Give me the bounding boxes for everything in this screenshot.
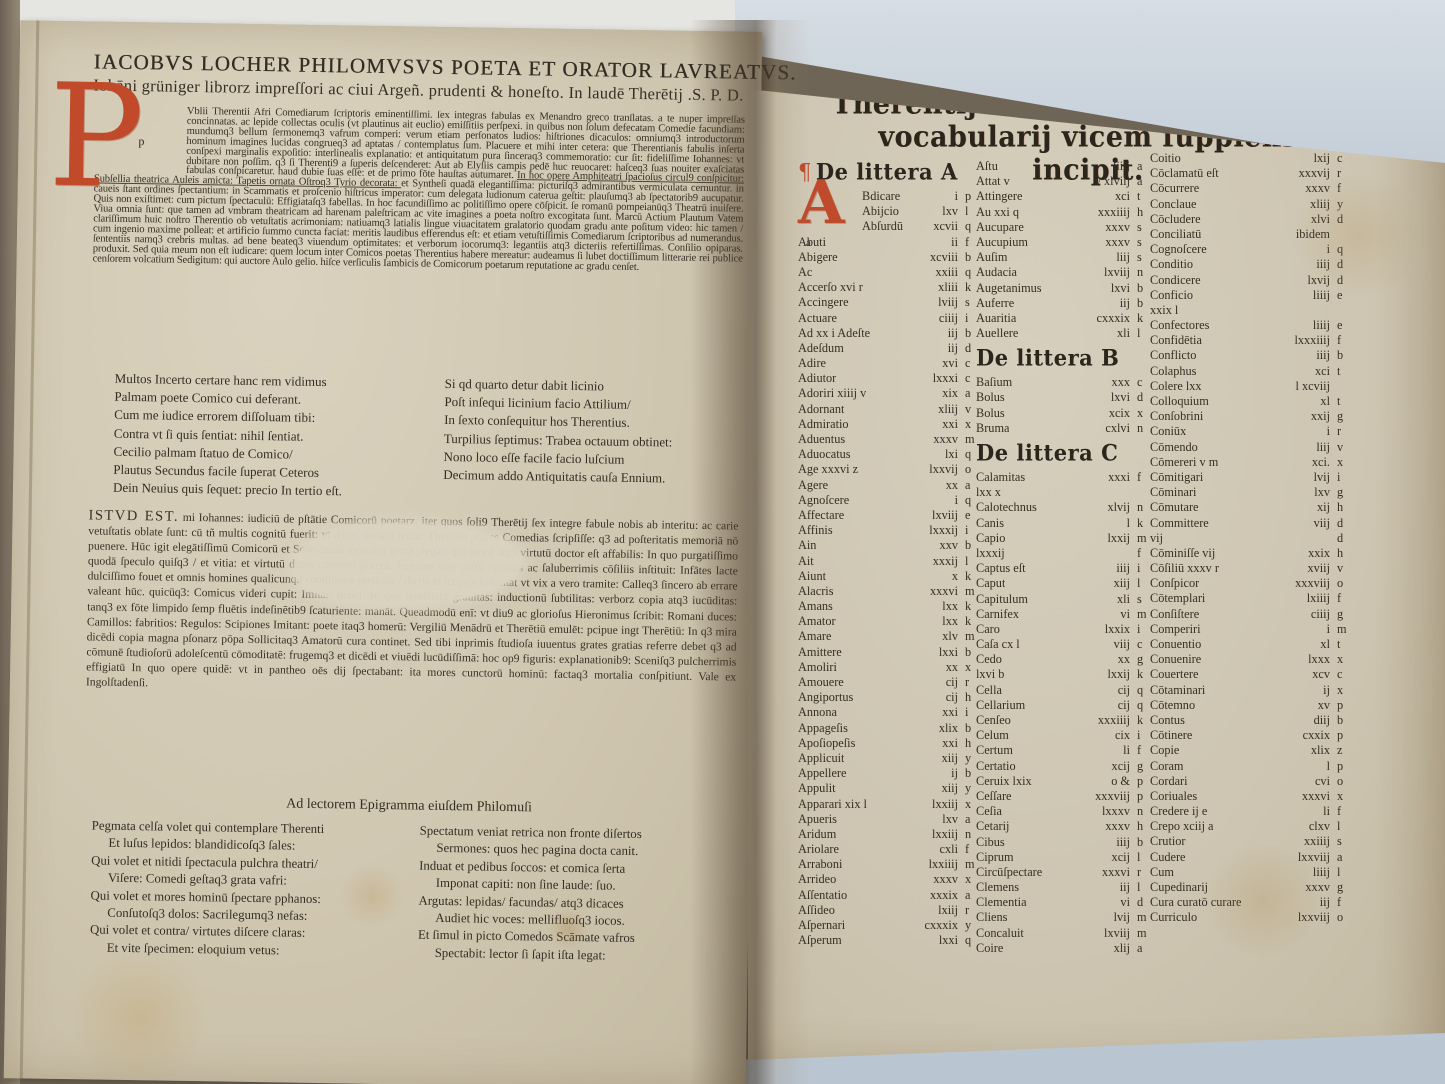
index-entry: Baſiumxxxc — [976, 375, 1148, 390]
entry-word: Cibus — [976, 835, 1005, 850]
letter-section-header: De littera B — [976, 344, 1148, 372]
entry-letter: k — [1137, 516, 1148, 531]
entry-folio: lxxvij — [929, 462, 965, 477]
index-column-a: ¶De littera A A a BdicareipAbijciolxvlAb… — [798, 155, 976, 948]
entry-letter: b — [965, 721, 976, 736]
entry-letter: a — [965, 386, 976, 401]
entry-folio: i — [1327, 622, 1337, 637]
entry-word: Cōmendo — [1150, 440, 1198, 455]
guide-letter-p: p — [138, 134, 144, 149]
entry-letter: f — [1337, 895, 1348, 910]
index-entry: Couerterexcvc — [1150, 667, 1348, 682]
index-entry: Aſſentatioxxxixa — [798, 888, 976, 903]
entry-folio: xl — [1320, 637, 1337, 652]
entry-letter: f — [1337, 181, 1348, 196]
entry-folio: xxxviij — [1295, 576, 1337, 591]
index-entry: Accerſo xvi rxliiik — [798, 280, 976, 295]
index-entry: Aduentusxxxvm — [798, 432, 976, 447]
entry-folio: xci — [1115, 189, 1137, 204]
entry-letter: t — [1337, 637, 1348, 652]
entry-folio: l — [1327, 759, 1337, 774]
index-entry: Abſurdūxcviiq — [862, 219, 976, 234]
entry-folio: iij — [948, 326, 965, 341]
entry-folio: vi — [1120, 607, 1137, 622]
entry-word: Crepo xciij a — [1150, 819, 1214, 834]
entry-word: lxvi b — [976, 667, 1004, 682]
entry-folio: lxxi — [939, 933, 965, 948]
index-list-a: A a BdicareipAbijciolxvlAbſurdūxcviiqAbu… — [798, 189, 976, 948]
entry-folio: cxxxix — [925, 918, 965, 933]
entry-folio: xlix — [1311, 743, 1337, 758]
index-entry: Ceruix lxixo &p — [976, 774, 1148, 789]
entry-letter: r — [965, 675, 976, 690]
entry-word: Conuentio — [1150, 637, 1201, 652]
index-entry: Adiutorlxxxic — [798, 371, 976, 386]
entry-word: Au xxi q — [976, 205, 1019, 220]
entry-folio: lxxxi — [933, 371, 965, 386]
entry-letter: g — [1337, 880, 1348, 895]
entry-folio: xxxv — [1305, 181, 1337, 196]
drop-cap-initial-p: P — [48, 87, 145, 188]
entry-word: Coriuales — [1150, 789, 1197, 804]
entry-folio: xxxviij — [1095, 789, 1137, 804]
entry-word: Concaluit — [976, 926, 1024, 941]
entry-word: Copie — [1150, 743, 1179, 758]
entry-letter: n — [1137, 421, 1148, 436]
index-column-c: CoitiolxijcCōclamatū eſtxxxvijrCōcurrere… — [1150, 151, 1348, 926]
index-entry: Cōmutarexijh — [1150, 500, 1348, 515]
entry-folio: lxx — [942, 614, 965, 629]
entry-folio: xxxv — [933, 432, 965, 447]
entry-letter: t — [1337, 364, 1348, 379]
entry-folio: xiij — [1114, 576, 1137, 591]
entry-word: Capio — [976, 531, 1005, 546]
entry-folio: lxviij — [1104, 926, 1137, 941]
entry-letter: c — [1137, 637, 1148, 652]
entry-letter: k — [965, 614, 976, 629]
entry-word: Coniūx — [1150, 424, 1186, 439]
index-entry: Compeririim — [1150, 622, 1348, 637]
index-entry: Appellereijb — [798, 766, 976, 781]
index-entry: Concaluitlxviijm — [976, 926, 1148, 941]
index-entry: Conditioiiijd — [1150, 257, 1348, 272]
index-entry: Aſperumlxxiq — [798, 933, 976, 948]
index-entry: Cōtemplarilxiiijf — [1150, 591, 1348, 606]
index-entry: Captus eſtiiiji — [976, 561, 1148, 576]
index-entry: Adornantxliijv — [798, 402, 976, 417]
entry-letter: x — [965, 417, 976, 432]
entry-letter: o — [965, 462, 976, 477]
entry-letter: k — [1137, 713, 1148, 728]
entry-folio: iiij — [1116, 835, 1137, 850]
entry-word: Bdicare — [862, 189, 900, 204]
entry-letter: g — [1337, 409, 1348, 424]
index-entry: Certatioxcijg — [976, 759, 1148, 774]
entry-folio: xliii — [938, 280, 965, 295]
entry-word: Cudere — [1150, 850, 1186, 865]
entry-folio: v xlviij — [1095, 174, 1137, 189]
entry-letter: i — [965, 311, 976, 326]
entry-folio: cij — [1118, 683, 1137, 698]
index-entry: Condicerelxvijd — [1150, 273, 1348, 288]
entry-word: Cognoſcere — [1150, 242, 1207, 257]
index-entry: Caſa cx lviijc — [976, 637, 1148, 652]
entry-word: Cōminiſſe vij — [1150, 546, 1215, 561]
index-entry: Cognoſcereiq — [1150, 242, 1348, 257]
entry-folio: iiij — [1316, 348, 1337, 363]
entry-letter: o — [1337, 576, 1348, 591]
entry-folio: cij — [946, 675, 965, 690]
entry-folio: xij — [1317, 500, 1337, 515]
verse-column-left: Multos Incerto certare hanc rem vidimusP… — [113, 370, 445, 509]
index-entry: Celumcixi — [976, 728, 1148, 743]
entry-folio: lxxxiiij — [1294, 333, 1337, 348]
entry-folio: lxv — [942, 204, 965, 219]
entry-word: Cōcurrere — [1150, 181, 1199, 196]
index-entry: Admiratioxxix — [798, 417, 976, 432]
entry-letter: k — [1137, 667, 1148, 682]
entry-folio: liiij — [1313, 865, 1337, 880]
entry-letter: b — [965, 326, 976, 341]
entry-folio: lxxiij — [932, 827, 965, 842]
entry-word: Caro — [976, 622, 1000, 637]
entry-letter: x — [965, 660, 976, 675]
entry-word: Ceſia — [976, 804, 1002, 819]
entry-folio: ii — [951, 235, 965, 250]
entry-folio: lxxx — [1308, 652, 1337, 667]
index-entry: lxx x — [976, 485, 1148, 500]
index-entry: Cibusiiijb — [976, 835, 1148, 850]
index-entry: Copiexlixz — [1150, 743, 1348, 758]
entry-letter: k — [965, 569, 976, 584]
entry-folio: iij — [948, 341, 965, 356]
entry-word: Cōtemno — [1150, 698, 1195, 713]
index-entry: Conſobrinixxijg — [1150, 409, 1348, 424]
index-entry: Committereviijd — [1150, 516, 1348, 531]
entry-word: Caput — [976, 576, 1005, 591]
entry-folio: xxv — [940, 538, 965, 553]
entry-word: Confectores — [1150, 318, 1209, 333]
entry-letter: p — [1337, 759, 1348, 774]
entry-word: Colaphus — [1150, 364, 1196, 379]
entry-letter: b — [1337, 713, 1348, 728]
index-entry: Calamitasxxxif — [976, 470, 1148, 485]
entry-folio: l — [1127, 516, 1137, 531]
entry-folio: xxxv — [1105, 220, 1137, 235]
entry-letter: m — [965, 857, 976, 872]
entry-folio: liiij — [1313, 318, 1337, 333]
index-entry: Abijciolxvl — [862, 204, 976, 219]
entry-word: Ceruix lxix — [976, 774, 1032, 789]
gutter-shadow — [690, 20, 810, 1084]
entry-word: Capitulum — [976, 592, 1028, 607]
index-entry: Auſimliijs — [976, 250, 1148, 265]
entry-letter: t — [1137, 189, 1148, 204]
entry-folio: viij — [1114, 637, 1137, 652]
entry-letter: a — [1137, 159, 1148, 174]
entry-letter: r — [1337, 424, 1348, 439]
index-entry: Carolxxixi — [976, 622, 1148, 637]
entry-letter: q — [1337, 242, 1348, 257]
index-entry: Caputxiijl — [976, 576, 1148, 591]
entry-word: Cetarij — [976, 819, 1009, 834]
entry-folio: lxviij — [932, 508, 965, 523]
entry-letter: m — [965, 432, 976, 447]
entry-letter: p — [1337, 698, 1348, 713]
entry-folio: viij — [1314, 516, 1337, 531]
index-entry: Coitiolxijc — [1150, 151, 1348, 166]
entry-folio: i — [1327, 424, 1337, 439]
entry-letter: v — [965, 402, 976, 417]
index-entry: Alacrisxxxvim — [798, 584, 976, 599]
index-entry: Audacialxviijn — [976, 265, 1148, 280]
index-entry: Canislk — [976, 516, 1148, 531]
entry-folio: xlv — [942, 629, 965, 644]
entry-letter: q — [1137, 698, 1148, 713]
index-entry: Augetanimuslxvib — [976, 281, 1148, 296]
entry-folio: lxv — [942, 812, 965, 827]
entry-word: Aucupare — [976, 220, 1024, 235]
entry-letter: x — [1337, 652, 1348, 667]
index-entry: Attingerexcit — [976, 189, 1148, 204]
entry-folio: lxv — [1314, 485, 1337, 500]
entry-folio: ibidem — [1296, 227, 1337, 242]
entry-folio: xxij — [1311, 409, 1337, 424]
index-entry: Conuentioxlt — [1150, 637, 1348, 652]
entry-folio: lxxij — [1107, 531, 1137, 546]
entry-letter: r — [965, 903, 976, 918]
index-entry: Cetarijxxxvh — [976, 819, 1148, 834]
entry-folio: clxv — [1309, 819, 1337, 834]
entry-letter: s — [1337, 834, 1348, 849]
index-entry: Cōminarilxvg — [1150, 485, 1348, 500]
entry-word: Colloquium — [1150, 394, 1209, 409]
index-entry: Cellacijq — [976, 683, 1148, 698]
index-entry: Apoſiopeſisxxih — [798, 736, 976, 751]
index-entry: Colaphusxcit — [1150, 364, 1348, 379]
right-page: Therentij Directorium Vocabuloz vocabula… — [748, 55, 1445, 1060]
index-entry: Aucupiumxxxvs — [976, 235, 1148, 250]
entry-letter: h — [1137, 819, 1148, 834]
epigram-column-left: Pegmata celſa volet qui contemplare Ther… — [90, 817, 420, 961]
entry-folio: xliij — [938, 402, 965, 417]
index-entry: Colere lxxl xcviij — [1150, 379, 1348, 394]
left-page: IACOBVS LOCHER PHILOMVSVS POETA ET ORATO… — [4, 20, 763, 1084]
index-entry: Certumlif — [976, 743, 1148, 758]
entry-word: Credere ij e — [1150, 804, 1207, 819]
entry-word: Aſtu — [976, 159, 998, 174]
entry-letter: o — [1337, 774, 1348, 789]
entry-folio: liij — [1116, 250, 1137, 265]
entry-folio: xix — [942, 386, 965, 401]
index-entry: Arrabonilxxiiijm — [798, 857, 976, 872]
entry-letter: n — [1137, 804, 1148, 819]
entry-word: Attingere — [976, 189, 1022, 204]
entry-letter: i — [1137, 728, 1148, 743]
entry-word: Cōminari — [1150, 485, 1196, 500]
entry-letter: r — [1137, 865, 1148, 880]
index-entry: Abigerexcviiib — [798, 250, 976, 265]
entry-letter: d — [1137, 390, 1148, 405]
entry-word: Cella — [976, 683, 1002, 698]
entry-folio: cvi — [1315, 774, 1337, 789]
entry-folio: xl — [1320, 394, 1337, 409]
entry-folio: xxxvi — [1302, 789, 1337, 804]
entry-letter: d — [1337, 212, 1348, 227]
index-entry: Confidētialxxxiiijf — [1150, 333, 1348, 348]
entry-folio: iij — [1120, 296, 1137, 311]
index-entry: Aiuntxk — [798, 569, 976, 584]
index-entry: Abutiiif — [798, 235, 976, 250]
entry-letter: e — [1337, 288, 1348, 303]
entry-folio: xcix — [1109, 406, 1137, 421]
entry-letter: q — [965, 493, 976, 508]
entry-letter: c — [1337, 151, 1348, 166]
entry-letter: l — [1337, 865, 1348, 880]
entry-folio: liiij — [1113, 159, 1137, 174]
index-entry: Cōmereri v mxci.x — [1150, 455, 1348, 470]
entry-folio: xx — [946, 478, 965, 493]
entry-letter: c — [965, 371, 976, 386]
entry-letter: l — [1337, 819, 1348, 834]
entry-letter: h — [1337, 500, 1348, 515]
entry-letter: f — [1337, 804, 1348, 819]
entry-folio: i — [1327, 242, 1337, 257]
entry-word: Conuenire — [1150, 652, 1201, 667]
entry-word: Carnifex — [976, 607, 1019, 622]
entry-folio: iiij — [1316, 257, 1337, 272]
entry-word: Condicere — [1150, 273, 1201, 288]
sedigitus-verse-block: Multos Incerto certare hanc rem vidimusP… — [113, 370, 741, 514]
epigram-title: Ad lectorem Epigramma eiuſdem Philomuſi — [84, 793, 734, 819]
entry-letter: h — [1137, 205, 1148, 220]
entry-word: Bolus — [976, 390, 1005, 405]
entry-word: xxix l — [1150, 303, 1178, 318]
entry-word: Cura curatō curare — [1150, 895, 1242, 910]
entry-word: Clementia — [976, 895, 1027, 910]
index-entry: Cōminiſſe vijxxixh — [1150, 546, 1348, 561]
entry-letter: i — [965, 705, 976, 720]
index-entry: lxvi blxxijk — [976, 667, 1148, 682]
index-entry: Au xxi qxxxiiijh — [976, 205, 1148, 220]
index-entry: Age xxxvi zlxxvijo — [798, 462, 976, 477]
entry-letter: l — [1137, 576, 1148, 591]
entry-folio: xcv — [1312, 667, 1337, 682]
entry-letter: i — [1137, 561, 1148, 576]
entry-folio: xxxij — [933, 554, 965, 569]
entry-word: Celum — [976, 728, 1009, 743]
entry-word: vij — [1150, 531, 1163, 546]
index-entry: Coniūxir — [1150, 424, 1348, 439]
entry-folio: lxxxv — [1102, 804, 1137, 819]
entry-letter: h — [1337, 546, 1348, 561]
entry-word: Baſium — [976, 375, 1012, 390]
entry-folio: lxij — [1314, 151, 1337, 166]
entry-word: Bruma — [976, 421, 1009, 436]
entry-word: Comperiri — [1150, 622, 1201, 637]
entry-folio: xxxv — [933, 872, 965, 887]
paragraph-text: et Syntheſi quadā elegantiſſima: picturi… — [93, 179, 744, 273]
index-entry: Cōmitigarilviji — [1150, 470, 1348, 485]
entry-folio: xxxv — [1105, 819, 1137, 834]
index-entry: Affinislxxxiji — [798, 523, 976, 538]
index-entry: Credere ij elif — [1150, 804, 1348, 819]
index-entry: Confectoresliiije — [1150, 318, 1348, 333]
entry-folio: xliij — [1310, 197, 1337, 212]
entry-folio: iiij — [1116, 561, 1137, 576]
index-entry: Bdicareip — [862, 189, 976, 204]
entry-folio: xlvij — [1107, 500, 1137, 515]
entry-folio: xxxi — [1108, 470, 1137, 485]
entry-folio: lxvij — [1307, 273, 1337, 288]
entry-folio: xxiii — [935, 265, 965, 280]
entry-folio: xxxv — [1305, 880, 1337, 895]
entry-letter: m — [1137, 607, 1148, 622]
entry-folio: xx — [1118, 652, 1137, 667]
entry-letter: n — [965, 827, 976, 842]
entry-letter: l — [1137, 326, 1148, 341]
entry-letter: t — [1337, 394, 1348, 409]
entry-folio: lxxiij — [932, 797, 965, 812]
entry-folio: xlix — [939, 721, 965, 736]
entry-word: Coitio — [1150, 151, 1181, 166]
entry-letter: m — [1137, 531, 1148, 546]
entry-letter: f — [1337, 333, 1348, 348]
entry-word: Conſiſtere — [1150, 607, 1199, 622]
entry-letter: f — [965, 235, 976, 250]
entry-folio: xxxiiij — [1098, 205, 1137, 220]
index-entry: Agerexxa — [798, 478, 976, 493]
entry-letter: e — [965, 508, 976, 523]
entry-folio: iij — [1120, 880, 1137, 895]
index-entry: Boluslxvid — [976, 390, 1148, 405]
entry-folio: lxviij — [1104, 265, 1137, 280]
entry-word: Cōtinere — [1150, 728, 1192, 743]
entry-word: Crutior — [1150, 834, 1186, 849]
entry-folio: xxxv — [1105, 235, 1137, 250]
entry-letter: q — [965, 933, 976, 948]
entry-word: Audacia — [976, 265, 1017, 280]
index-entry: Ceſſarexxxviijp — [976, 789, 1148, 804]
entry-word: Cōſiliū xxxv r — [1150, 561, 1219, 576]
entry-folio: lxxxij — [929, 523, 965, 538]
entry-letter: x — [965, 797, 976, 812]
entry-folio: lxxviij — [1298, 850, 1337, 865]
entry-word: Cōtemplari — [1150, 591, 1205, 606]
entry-word: Cōclamatū eſt — [1150, 166, 1219, 181]
entry-word: Conſpicor — [1150, 576, 1199, 591]
entry-folio: lxxi — [939, 645, 965, 660]
entry-folio: lviij — [938, 295, 965, 310]
index-entry: Apparari xix llxxiijx — [798, 797, 976, 812]
entry-letter: c — [1137, 375, 1148, 390]
entry-letter: s — [1137, 235, 1148, 250]
entry-word: Canis — [976, 516, 1004, 531]
entry-letter: a — [965, 812, 976, 827]
entry-folio: l xcviij — [1296, 379, 1338, 394]
entry-word: Coire — [976, 941, 1003, 956]
index-entry: Ciprumxcijl — [976, 850, 1148, 865]
entry-letter: m — [1137, 910, 1148, 925]
entry-letter: p — [965, 189, 976, 204]
entry-letter: b — [1337, 348, 1348, 363]
index-entry: Conuenirelxxxx — [1150, 652, 1348, 667]
index-entry: Cura curatō curareiijf — [1150, 895, 1348, 910]
entry-folio: ciiij — [1311, 607, 1337, 622]
entry-word: Cedo — [976, 652, 1002, 667]
entry-folio: xiij — [942, 781, 965, 796]
entry-word: Auaritia — [976, 311, 1016, 326]
